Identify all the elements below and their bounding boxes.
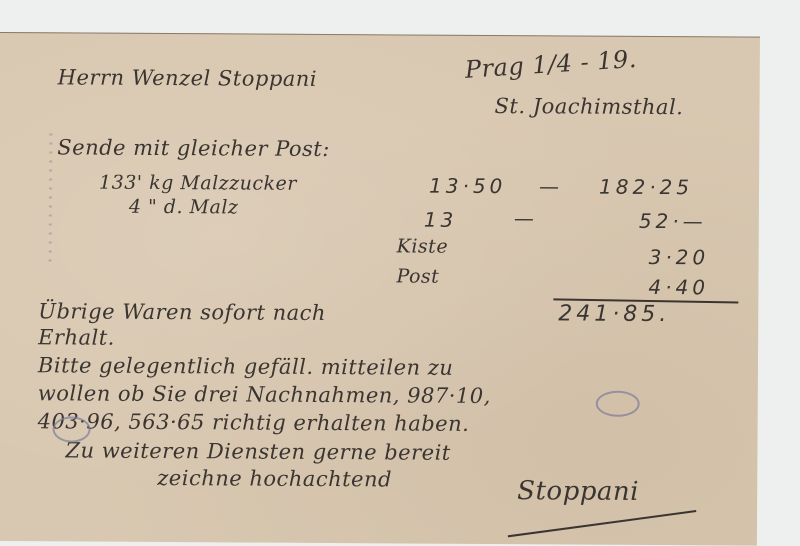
margin-perforation xyxy=(49,133,53,263)
signature: Stoppani xyxy=(517,476,639,507)
signature-underline xyxy=(508,510,697,537)
body-line: Bitte gelegentlich gefäll. mitteilen zu xyxy=(38,353,454,380)
item-rate: 13·50 xyxy=(429,174,506,198)
body-line: 403·96, 563·65 richtig erhalten haben. xyxy=(38,409,470,436)
body-line: wollen ob Sie drei Nachnahmen, 987·10, xyxy=(38,381,491,408)
intro-line: Sende mit gleicher Post: xyxy=(57,135,330,161)
item-dash: — xyxy=(514,206,534,230)
body-line: Erhalt. xyxy=(38,325,115,349)
item-amount: 182·25 xyxy=(599,175,693,200)
item-description: Post xyxy=(396,265,439,287)
item-description: Kiste xyxy=(397,235,449,257)
item-amount: 4·40 xyxy=(648,275,709,299)
item-description: 4 " d. Malz xyxy=(129,196,239,219)
item-dash: — xyxy=(539,174,563,198)
postcard: Herrn Wenzel Stoppani Prag 1/4 - 19. St.… xyxy=(0,32,760,546)
body-line: Übrige Waren sofort nach xyxy=(38,299,326,325)
closing: zeichne hochachtend xyxy=(157,466,392,491)
pencil-mark xyxy=(52,416,90,442)
total-amount: 241·85. xyxy=(558,301,670,327)
item-amount: 52·— xyxy=(639,209,707,233)
pencil-mark xyxy=(596,391,640,417)
item-rate: 13 xyxy=(424,208,458,232)
salutation: Herrn Wenzel Stoppani xyxy=(58,65,317,91)
item-description: 133' kg Malzzucker xyxy=(99,172,297,195)
place-date: Prag 1/4 - 19. xyxy=(464,45,638,84)
item-amount: 3·20 xyxy=(649,245,710,269)
location: St. Joachimsthal. xyxy=(494,94,683,119)
body-line: Zu weiteren Diensten gerne bereit xyxy=(65,438,450,464)
